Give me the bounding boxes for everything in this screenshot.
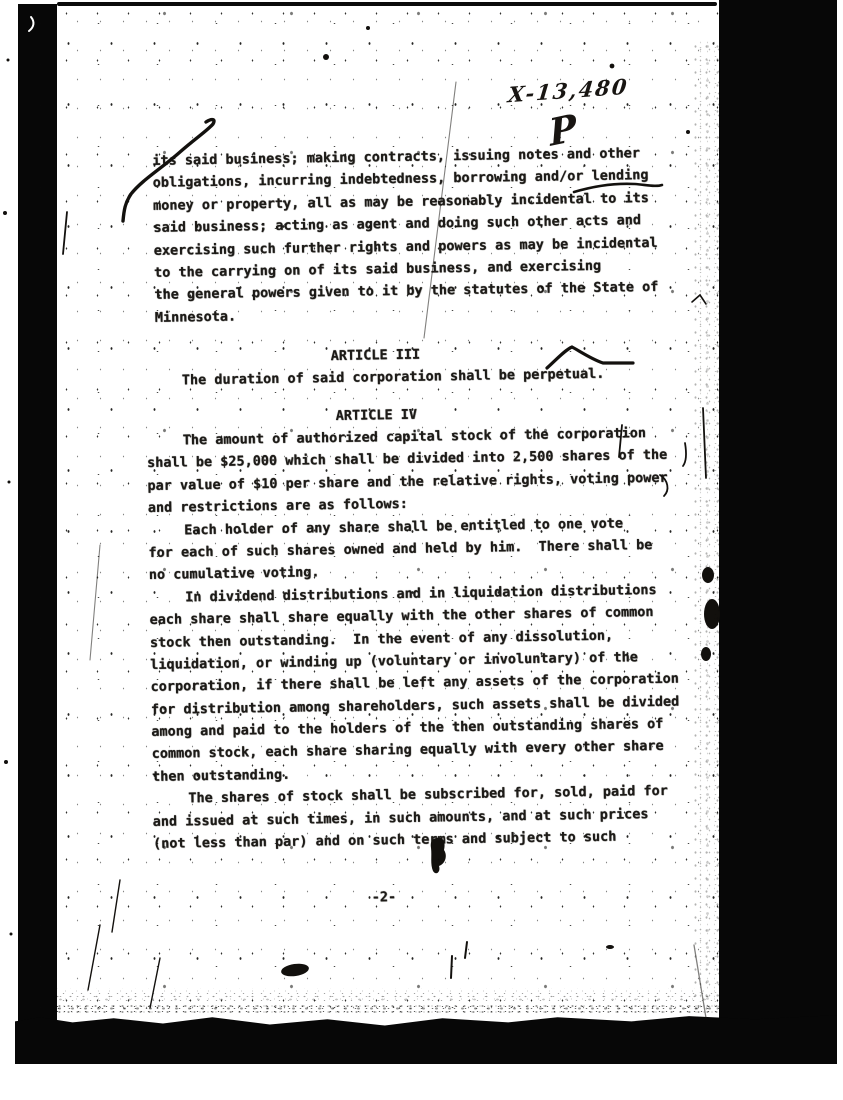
article-iv-body: The amount of authorized capital stock o… (147, 423, 614, 856)
film-border-top-line (57, 2, 717, 6)
page-content: its said business; making contracts, iss… (0, 0, 843, 1100)
intro-paragraph: its said business; making contracts, iss… (152, 142, 675, 329)
film-border-right (719, 0, 837, 1064)
article-iii-section: ARTICLE III The duration of said corpora… (145, 341, 606, 393)
page-number: -2- (154, 883, 614, 913)
handwritten-letter-mark: P (547, 105, 579, 155)
film-border-left (18, 4, 57, 1062)
scanned-page: its said business; making contracts, iss… (0, 0, 843, 1100)
